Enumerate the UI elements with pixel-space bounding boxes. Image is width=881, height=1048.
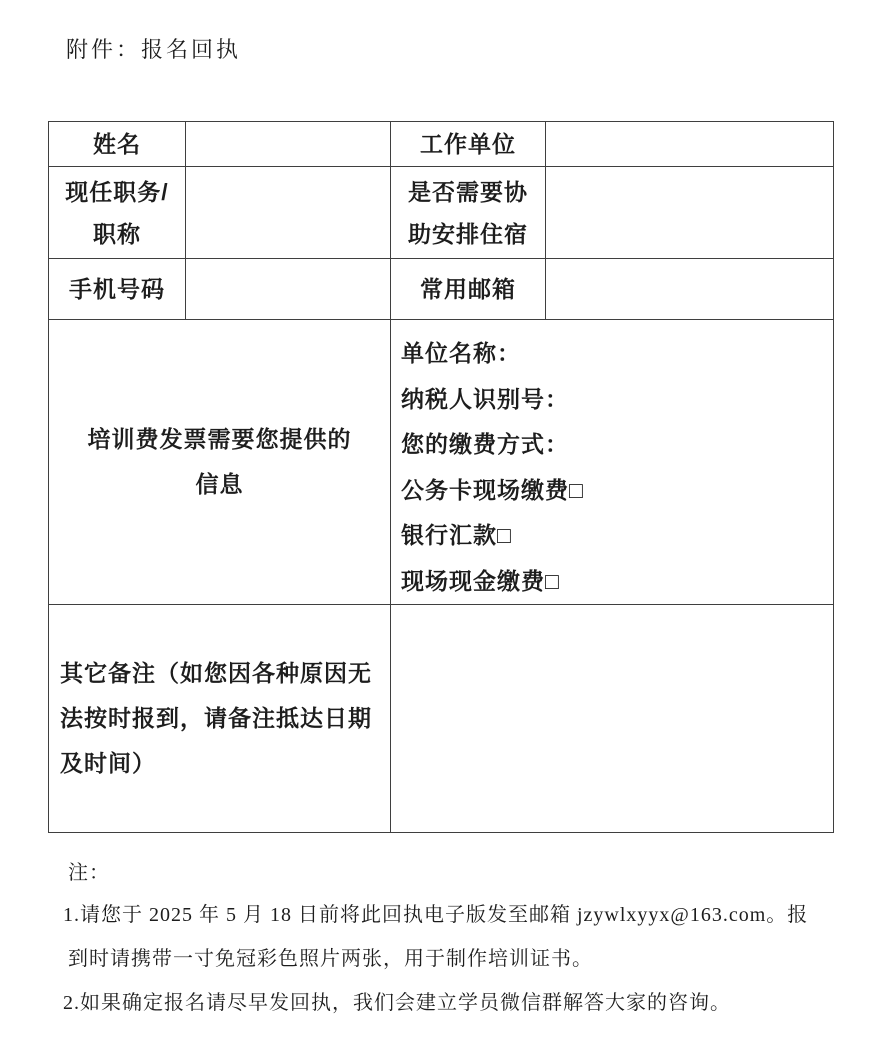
remarks-label-line2: 法按时报到，请备注抵达日期 (60, 696, 384, 741)
checkbox-onsite-card-payment[interactable]: □ (569, 477, 584, 503)
unit-name-field-label[interactable]: 单位名称： (401, 331, 825, 377)
invoice-info-label-cell: 培训费发票需要您提供的 信息 (49, 320, 391, 605)
payment-option-bank-transfer: 银行汇款□ (401, 513, 825, 559)
name-value-cell[interactable] (186, 122, 391, 167)
note-line-3: 2.如果确定报名请尽早发回执，我们会建立学员微信群解答大家的咨询。 (63, 981, 853, 1025)
table-row-name: 姓名 工作单位 (49, 122, 834, 167)
payment-option-onsite-cash: 现场现金缴费□ (401, 559, 825, 605)
footnotes: 注： 1.请您于 2025 年 5 月 18 日前将此回执电子版发至邮箱 jzy… (63, 853, 853, 1025)
accommodation-label-line1: 是否需要协 (391, 171, 545, 213)
table-row-position: 现任职务/ 职称 是否需要协 助安排住宿 (49, 167, 834, 259)
remarks-value-cell[interactable] (391, 605, 834, 833)
checkbox-bank-transfer[interactable]: □ (497, 522, 512, 548)
table-row-contact: 手机号码 常用邮箱 (49, 259, 834, 320)
note-line-1: 1.请您于 2025 年 5 月 18 日前将此回执电子版发至邮箱 jzywlx… (63, 893, 853, 937)
accommodation-label-line2: 助安排住宿 (391, 213, 545, 255)
payment-option-bank-transfer-label: 银行汇款 (401, 522, 497, 548)
remarks-label-line3: 及时间） (60, 741, 384, 786)
position-label-line1: 现任职务/ (49, 171, 185, 213)
email-label-cell: 常用邮箱 (391, 259, 546, 320)
position-value-cell[interactable] (186, 167, 391, 259)
taxpayer-id-field-label[interactable]: 纳税人识别号： (401, 377, 825, 423)
notes-heading: 注： (68, 853, 853, 893)
checkbox-onsite-cash-payment[interactable]: □ (545, 568, 560, 594)
mobile-label-cell: 手机号码 (49, 259, 186, 320)
note-line-2: 到时请携带一寸免冠彩色照片两张，用于制作培训证书。 (63, 937, 853, 981)
accommodation-label-cell: 是否需要协 助安排住宿 (391, 167, 546, 259)
name-label-cell: 姓名 (49, 122, 186, 167)
accommodation-value-cell[interactable] (546, 167, 834, 259)
email-value-cell[interactable] (546, 259, 834, 320)
mobile-value-cell[interactable] (186, 259, 391, 320)
invoice-info-label-line1: 培训费发票需要您提供的 (49, 417, 390, 462)
remarks-label-line1: 其它备注（如您因各种原因无 (60, 651, 384, 696)
registration-form-table: 姓名 工作单位 现任职务/ 职称 是否需要协 助安排住宿 手机号码 (48, 121, 834, 833)
attachment-title: 附件：报名回执 (66, 33, 241, 64)
payment-option-onsite-card: 公务卡现场缴费□ (401, 468, 825, 514)
invoice-info-label-line2: 信息 (49, 462, 390, 507)
table-row-remarks: 其它备注（如您因各种原因无 法按时报到，请备注抵达日期 及时间） (49, 605, 834, 833)
payment-method-field-label: 您的缴费方式： (401, 422, 825, 468)
payment-option-onsite-card-label: 公务卡现场缴费 (401, 477, 569, 503)
payment-option-onsite-cash-label: 现场现金缴费 (401, 568, 545, 594)
document-page: 附件：报名回执 姓名 工作单位 现任职务/ 职称 是否需要协 (0, 0, 881, 1048)
invoice-info-value-cell[interactable]: 单位名称： 纳税人识别号： 您的缴费方式： 公务卡现场缴费□ 银行汇款□ 现场现… (391, 320, 834, 605)
work-unit-value-cell[interactable] (546, 122, 834, 167)
remarks-label-cell: 其它备注（如您因各种原因无 法按时报到，请备注抵达日期 及时间） (49, 605, 391, 833)
work-unit-label-cell: 工作单位 (391, 122, 546, 167)
table-row-invoice: 培训费发票需要您提供的 信息 单位名称： 纳税人识别号： 您的缴费方式： 公务卡… (49, 320, 834, 605)
position-label-line2: 职称 (49, 213, 185, 255)
position-label-cell: 现任职务/ 职称 (49, 167, 186, 259)
